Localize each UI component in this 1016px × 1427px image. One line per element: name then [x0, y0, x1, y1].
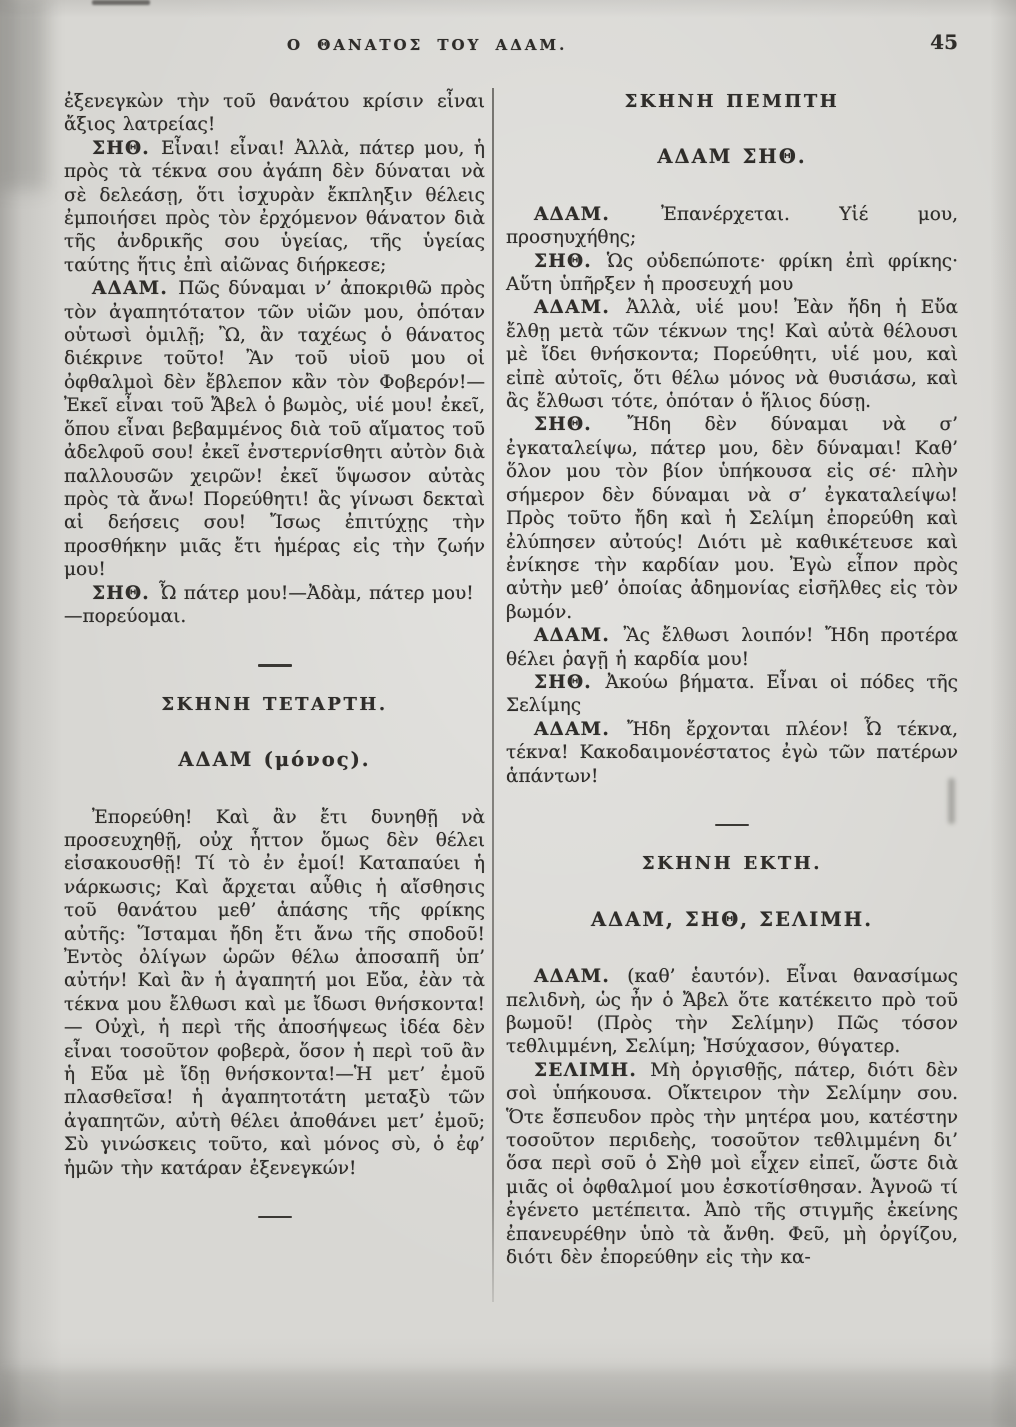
- dialogue-paragraph: ΑΔΑΜ. Ἤδη ἔρχονται πλέον! Ὦ τέκνα, τέκνα…: [506, 718, 958, 788]
- page-number: 45: [930, 30, 958, 54]
- speaker-label: ΣΗΘ.: [92, 583, 159, 604]
- dialogue-paragraph: ΣΗΘ. Ἀκούω βήματα. Εἶναι οἱ πόδες τῆς Σε…: [506, 671, 958, 718]
- text-paragraph: Ἐπορεύθη! Καὶ ἂν ἔτι δυνηθῇ νὰ προσευχηθ…: [64, 806, 485, 1181]
- section-divider: [258, 664, 292, 666]
- cast-line: ΑΔΑΜ (μόνος).: [64, 748, 485, 771]
- speaker-label: ΑΔΑΜ.: [534, 719, 627, 740]
- speaker-label: ΑΔΑΜ.: [534, 297, 626, 318]
- scene-heading: ΣΚΗΝΗ ΠΕΜΠΤΗ: [506, 90, 958, 113]
- left-text-column: ἐξενεγκὼν τὴν τοῦ θανάτου κρίσιν εἶναι ἄ…: [64, 90, 485, 1244]
- text-paragraph: ἐξενεγκὼν τὴν τοῦ θανάτου κρίσιν εἶναι ἄ…: [64, 90, 485, 137]
- speaker-label: ΣΗΘ.: [534, 251, 607, 272]
- scene-heading: ΣΚΗΝΗ ΕΚΤΗ.: [506, 852, 958, 875]
- column-divider-rule: [492, 88, 494, 1302]
- text-paragraph: —πορεύομαι.: [64, 605, 485, 628]
- section-divider: [258, 1216, 292, 1218]
- speaker-label: ΑΔΑΜ.: [92, 278, 178, 299]
- speaker-label: ΑΔΑΜ.: [534, 625, 624, 646]
- speaker-label: ΣΗΘ.: [534, 672, 605, 693]
- scene-heading: ΣΚΗΝΗ ΤΕΤΑΡΤΗ.: [64, 693, 485, 716]
- speaker-label: ΣΗΘ.: [92, 138, 161, 159]
- right-text-column: ΣΚΗΝΗ ΠΕΜΠΤΗΑΔΑΜ ΣΗΘ.ΑΔΑΜ. Ἐπανέρχεται. …: [506, 90, 958, 1269]
- dialogue-paragraph: ΑΔΑΜ. Πῶς δύναμαι ν’ ἀποκριθῶ πρὸς τὸν ἀ…: [64, 277, 485, 581]
- speaker-label: ΑΔΑΜ.: [534, 204, 661, 225]
- dialogue-paragraph: ΑΔΑΜ. Ἂς ἔλθωσι λοιπόν! Ἤδη προτέρα θέλε…: [506, 624, 958, 671]
- dialogue-paragraph: ΣΕΛΙΜΗ. Μὴ ὀργισθῇς, πάτερ, διότι δὲν σο…: [506, 1059, 958, 1270]
- dialogue-paragraph: ΑΔΑΜ. (καθ’ ἑαυτόν). Εἶναι θανασίμως πελ…: [506, 965, 958, 1059]
- running-head-title: Ο ΘΑΝΑΤΟΣ ΤΟΥ ΑΔΑΜ.: [287, 36, 567, 54]
- dialogue-paragraph: ΣΗΘ. Ὦ πάτερ μου!—Ἀδὰμ, πάτερ μου!: [64, 582, 485, 605]
- dialogue-paragraph: ΑΔΑΜ. Ἀλλὰ, υἱέ μου! Ἐὰν ἤδη ἡ Εὔα ἔλθῃ …: [506, 296, 958, 413]
- speaker-label: ΑΔΑΜ.: [534, 966, 627, 987]
- section-divider: [715, 824, 749, 826]
- dialogue-paragraph: ΑΔΑΜ. Ἐπανέρχεται. Υἱέ μου, προσηυχήθης;: [506, 203, 958, 250]
- dialogue-paragraph: ΣΗΘ. Εἶναι! εἶναι! Ἀλλὰ, πάτερ μου, ἡ πρ…: [64, 137, 485, 277]
- dialogue-paragraph: ΣΗΘ. Ὡς οὐδεπώποτε· φρίκη ἐπὶ φρίκης· Αὕ…: [506, 250, 958, 297]
- dialogue-paragraph: ΣΗΘ. Ἤδη δὲν δύναμαι νὰ σ’ ἐγκαταλείψω, …: [506, 413, 958, 624]
- speaker-label: ΣΗΘ.: [534, 414, 627, 435]
- cast-line: ΑΔΑΜ ΣΗΘ.: [506, 145, 958, 168]
- cast-line: ΑΔΑΜ, ΣΗΘ, ΣΕΛΙΜΗ.: [506, 908, 958, 931]
- speaker-label: ΣΕΛΙΜΗ.: [534, 1060, 650, 1081]
